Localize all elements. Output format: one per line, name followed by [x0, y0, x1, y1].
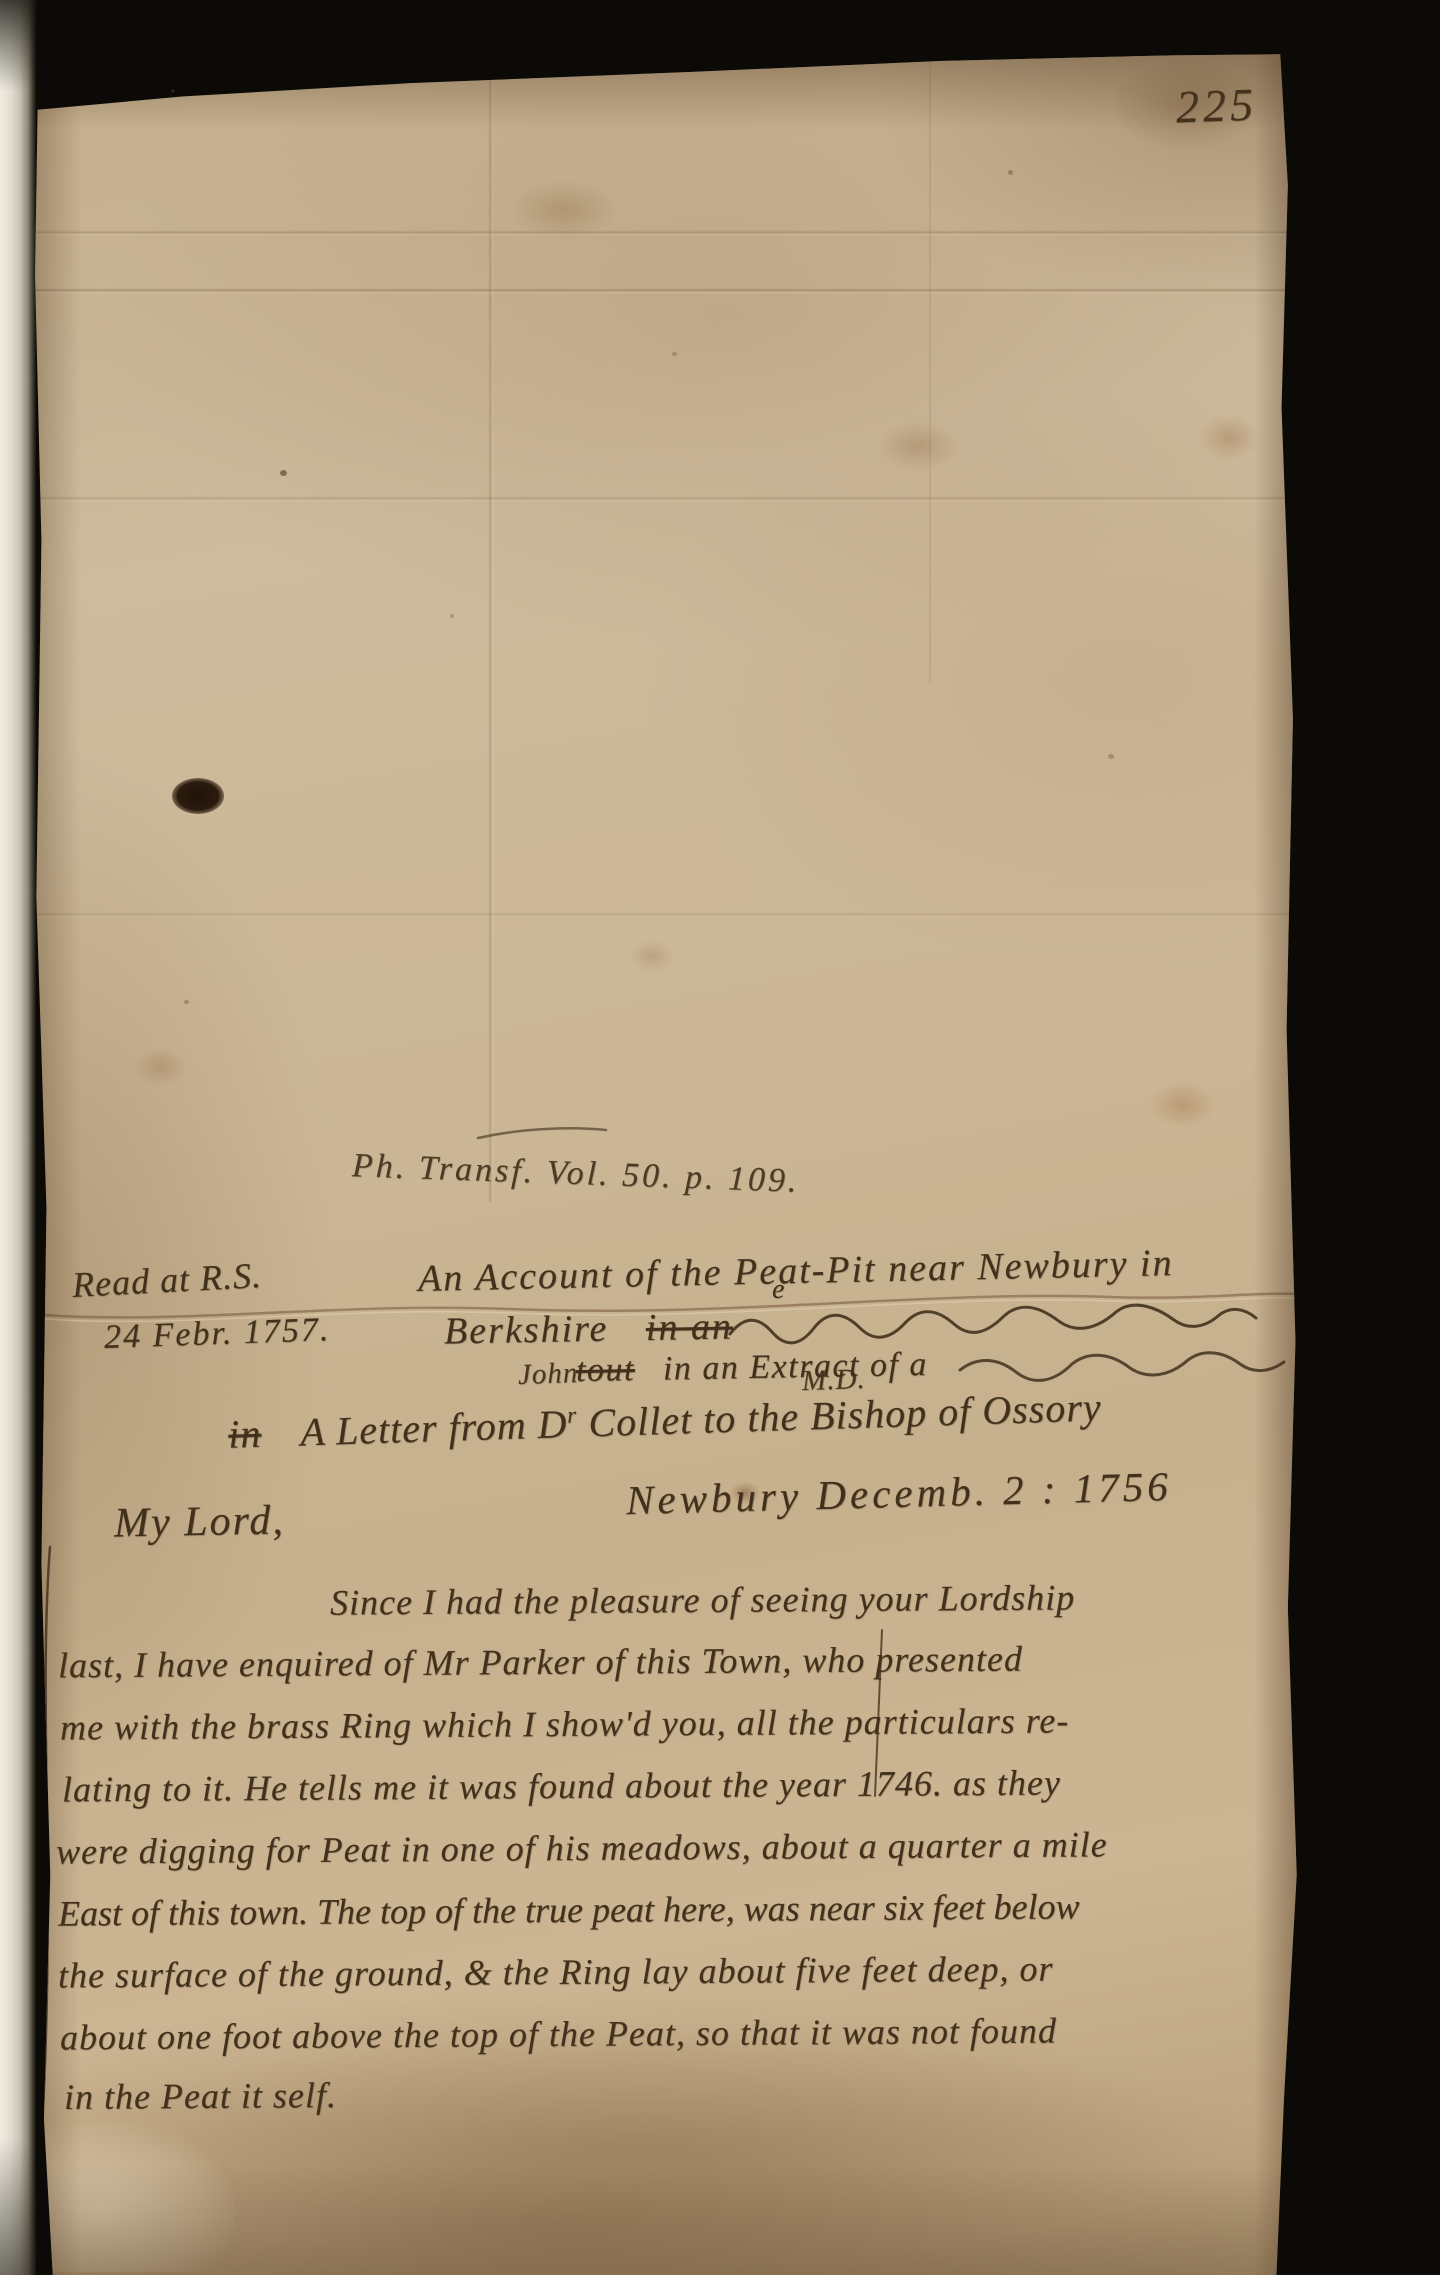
stain	[630, 940, 674, 972]
cancellation-squiggle	[730, 1305, 1256, 1343]
torn-corner-highlight	[44, 2122, 234, 2272]
account-title-line2-struck: in an	[645, 1305, 733, 1349]
stain	[134, 1048, 186, 1086]
speck	[1108, 754, 1114, 759]
manuscript-photograph: { "document": { "folio_number": "225", "…	[0, 0, 1440, 2275]
letter-salutation: My Lord,	[114, 1497, 286, 1548]
fold-crease	[30, 230, 1298, 236]
letter-title-struck: in	[227, 1411, 262, 1457]
manuscript-leaf: 225 Ph. Transf. Vol. 50. p. 109. Read at…	[30, 52, 1298, 2275]
journal-reference: Ph. Transf. Vol. 50. p. 109.	[351, 1146, 800, 1201]
folio-number: 225	[1175, 79, 1258, 135]
letter-title: in A Letter from Dr Collet to the Bishop…	[227, 1384, 1102, 1457]
interline-first-name: John	[517, 1357, 579, 1392]
extract-phrase: in an Extract of a	[663, 1346, 929, 1388]
fold-crease-vertical	[488, 62, 494, 1202]
fold-crease-vertical	[928, 62, 934, 682]
interline-caret-letter: e	[772, 1274, 784, 1306]
account-title-line1: An Account of the Peat-Pit near Newbury …	[418, 1242, 1174, 1302]
extract-struck: tout	[576, 1351, 636, 1389]
pen-dash	[478, 1128, 606, 1138]
letter-body-line: about one foot above the top of the Peat…	[60, 2011, 1057, 2059]
letter-body-line: last, I have enquired of Mr Parker of th…	[58, 1639, 1023, 1687]
letter-dateline: Newbury Decemb. 2 : 1756	[625, 1463, 1172, 1524]
letter-body-line: Since I had the pleasure of seeing your …	[330, 1577, 1076, 1624]
read-note-line1: Read at R.S.	[71, 1255, 263, 1306]
book-page-edge	[0, 0, 36, 2275]
ink-blot	[172, 778, 224, 814]
speck	[184, 1000, 189, 1004]
stain	[876, 420, 960, 472]
stain	[508, 180, 618, 240]
letter-body-line: lating to it. He tells me it was found a…	[62, 1763, 1061, 1811]
fold-crease	[30, 496, 1298, 502]
extract-line: tout in an Extract of a	[576, 1345, 929, 1390]
stain	[1198, 414, 1260, 462]
speck	[1008, 170, 1013, 175]
account-title-line2: Berkshire in an	[444, 1305, 734, 1354]
letter-body-line: East of this town. The top of the true p…	[58, 1886, 1080, 1935]
account-title-line2-text: Berkshire	[444, 1308, 609, 1353]
water-stain	[90, 2032, 1190, 2262]
speck	[450, 614, 454, 618]
speck	[280, 470, 287, 476]
cancellation-squiggle	[960, 1353, 1284, 1381]
letter-body-line: me with the brass Ring which I show'd yo…	[60, 1700, 1070, 1748]
fold-crease	[30, 912, 1298, 918]
fold-crease	[30, 288, 1298, 294]
letter-body-line: in the Peat it self.	[64, 2075, 337, 2118]
letter-title-pre: A Letter from D	[300, 1401, 569, 1454]
letter-body-line: the surface of the ground, & the Ring la…	[58, 1949, 1054, 1997]
stain	[1150, 1082, 1216, 1128]
letter-title-post: Collet to the Bishop of Ossory	[577, 1384, 1102, 1445]
speck	[672, 352, 677, 356]
read-note-line2: 24 Febr. 1757.	[103, 1310, 331, 1357]
letter-body-line: were digging for Peat in one of his mead…	[56, 1824, 1108, 1873]
